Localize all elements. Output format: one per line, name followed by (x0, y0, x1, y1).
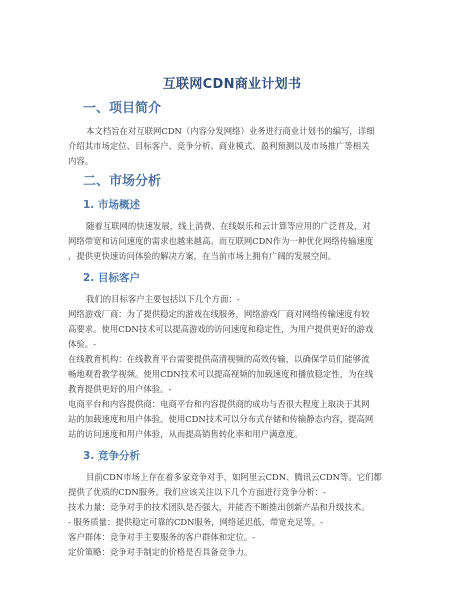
document-title: 互联网CDN商业计划书 (68, 76, 396, 94)
paragraph-line: 在线教育机构：在线教育平台需要提供高清视频的高效传输，以确保学员们能够流 (68, 352, 396, 367)
paragraph-line: 定价策略：竞争对手制定的价格是否具备竞争力。 (68, 545, 396, 560)
paragraph-line: 高要求。使用CDN技术可以提高游戏的访问速度和稳定性，为用户提供更好的游戏 (68, 322, 396, 337)
paragraph-line: 本文档旨在对互联网CDN（内容分发网络）业务进行商业计划书的编写，详细 (68, 124, 396, 139)
paragraph-line: ，提供更快速访问体验的解决方案，在当前市场上拥有广阔的发展空间。 (68, 249, 396, 264)
paragraph-line: 内容。 (68, 154, 396, 169)
paragraph-line: 提供了优质的CDN服务。我们应该关注以下几个方面进行竞争分析：- (68, 485, 396, 500)
section-heading-project-intro: 一、项目简介 (83, 100, 396, 118)
subsection-heading-target-customers: 2. 目标客户 (83, 270, 396, 286)
paragraph-line: 客户群体：竞争对手主要服务的客户群体和定位。- (68, 530, 396, 545)
document-content: 互联网CDN商业计划书 一、项目简介 本文档旨在对互联网CDN（内容分发网络）业… (68, 76, 396, 560)
subsection-heading-competition-analysis: 3. 竞争分析 (83, 448, 396, 464)
subsection-heading-market-overview: 1. 市场概述 (83, 197, 396, 213)
paragraph-line: 技术力量：竞争对手的技术团队是否强大，并能否不断推出创新产品和升级技术。 (68, 500, 396, 515)
market-overview-paragraph: 随着互联网的快速发展，线上消费、在线娱乐和云计算等应用的广泛普及，对 网络带宽和… (68, 219, 396, 264)
paragraph-line: 教育提供更好的用户体验。- (68, 382, 396, 397)
paragraph-line: 目前CDN市场上存在着多家竞争对手，如阿里云CDN、腾讯云CDN等。它们都 (68, 470, 396, 485)
paragraph-line: 站的访问速度和用户体验，从而提高销售转化率和用户满意度。 (68, 427, 396, 442)
paragraph-line: 体验。- (68, 337, 396, 352)
document-page: 互联网CDN商业计划书 一、项目简介 本文档旨在对互联网CDN（内容分发网络）业… (0, 0, 463, 600)
paragraph-line: 随着互联网的快速发展，线上消费、在线娱乐和云计算等应用的广泛普及，对 (68, 219, 396, 234)
target-customers-paragraph: 我们的目标客户主要包括以下几个方面：- 网络游戏厂商：为了提供稳定的游戏在线服务… (68, 292, 396, 442)
section-heading-market-analysis: 二、市场分析 (83, 173, 396, 191)
paragraph-line: - 服务质量：提供稳定可靠的CDN服务，网络延迟低、带宽充足等。- (68, 515, 396, 530)
paragraph-line: 我们的目标客户主要包括以下几个方面：- (68, 292, 396, 307)
paragraph-line: 网络带宽和访问速度的需求也越来越高。而互联网CDN作为一种优化网络传输速度 (68, 234, 396, 249)
paragraph-line: 电商平台和内容提供商：电商平台和内容提供商的成功与否很大程度上取决于其网 (68, 397, 396, 412)
project-intro-paragraph: 本文档旨在对互联网CDN（内容分发网络）业务进行商业计划书的编写，详细 介绍其市… (68, 124, 396, 169)
paragraph-line: 介绍其市场定位、目标客户、竞争分析、商业模式、盈利预测以及市场推广等相关 (68, 139, 396, 154)
competition-analysis-paragraph: 目前CDN市场上存在着多家竞争对手，如阿里云CDN、腾讯云CDN等。它们都 提供… (68, 470, 396, 560)
paragraph-line: 站的加载速度和用户体验。使用CDN技术可以分布式存储和传输静态内容，提高网 (68, 412, 396, 427)
paragraph-line: 网络游戏厂商：为了提供稳定的游戏在线服务，网络游戏厂商对网络传输速度有较 (68, 307, 396, 322)
paragraph-line: 畅地观看教学视频。使用CDN技术可以提高视频的加载速度和播放稳定性，为在线 (68, 367, 396, 382)
